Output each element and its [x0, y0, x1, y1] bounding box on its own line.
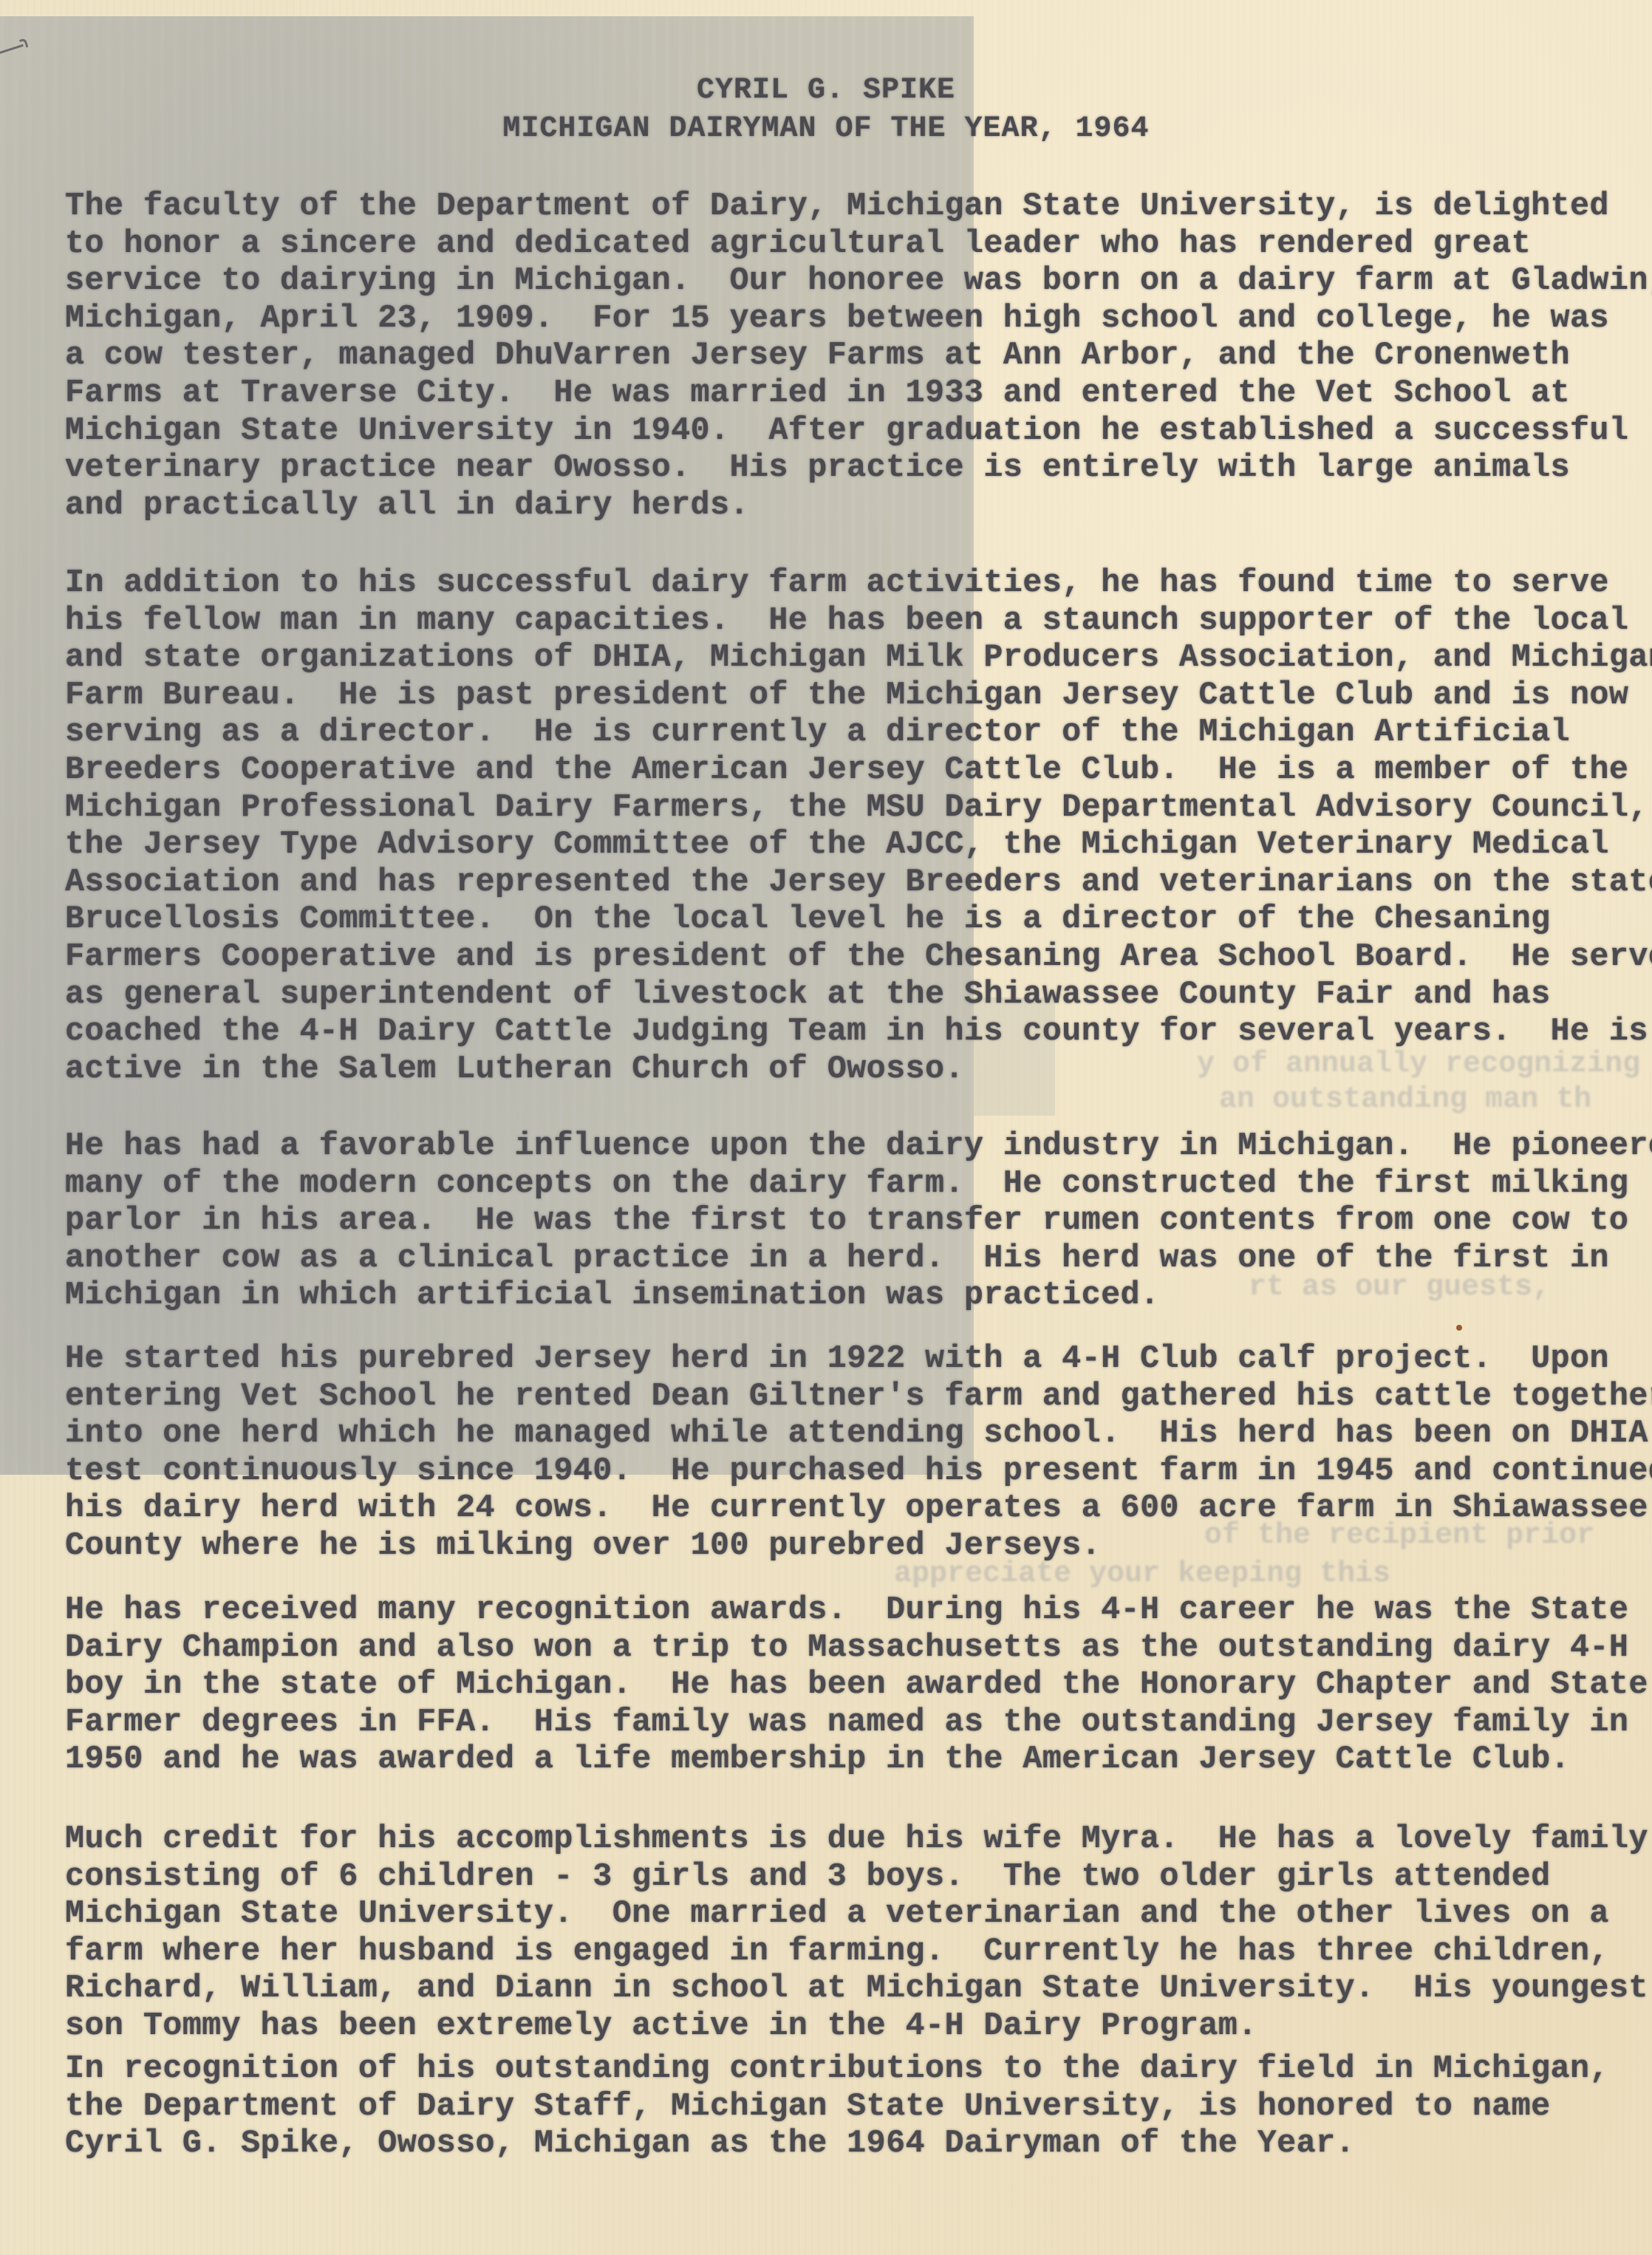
text-line: Dairy Champion and also won a trip to Ma… — [65, 1630, 1648, 1668]
text-line: his dairy herd with 24 cows. He currentl… — [65, 1490, 1652, 1528]
text-line: Farms at Traverse City. He was married i… — [65, 375, 1652, 413]
paragraph-biography: The faculty of the Department of Dairy, … — [65, 188, 1652, 525]
text-line: parlor in his area. He was the first to … — [65, 1203, 1652, 1241]
text-line: and practically all in dairy herds. — [65, 488, 1652, 525]
text-line: many of the modern concepts on the dairy… — [65, 1166, 1652, 1204]
text-line: veterinary practice near Owosso. His pra… — [65, 450, 1652, 488]
text-line: the Department of Dairy Staff, Michigan … — [65, 2089, 1609, 2126]
text-line: Brucellosis Committee. On the local leve… — [65, 901, 1652, 939]
text-line: In recognition of his outstanding contri… — [65, 2051, 1609, 2089]
text-line: a cow tester, managed DhuVarren Jersey F… — [65, 338, 1652, 375]
text-line: entering Vet School he rented Dean Giltn… — [65, 1379, 1652, 1416]
text-line: Breeders Cooperative and the American Je… — [65, 752, 1652, 790]
text-line: Michigan State University in 1940. After… — [65, 413, 1652, 451]
text-line: Cyril G. Spike, Owosso, Michigan as the … — [65, 2126, 1609, 2163]
text-line: boy in the state of Michigan. He has bee… — [65, 1667, 1648, 1705]
text-line: serving as a director. He is currently a… — [65, 714, 1652, 752]
text-line: active in the Salem Lutheran Church of O… — [65, 1051, 1652, 1089]
text-line: County where he is milking over 100 pure… — [65, 1528, 1652, 1566]
text-line: farm where her husband is engaged in far… — [65, 1934, 1648, 1971]
text-line: service to dairying in Michigan. Our hon… — [65, 263, 1652, 301]
text-line: Farm Bureau. He is past president of the… — [65, 678, 1652, 715]
text-line: Farmers Cooperative and is president of … — [65, 939, 1652, 977]
paragraph-influence: He has had a favorable influence upon th… — [65, 1128, 1652, 1315]
document-title: CYRIL G. SPIKE — [0, 74, 1652, 107]
paragraph-family: Much credit for his accomplishments is d… — [65, 1821, 1648, 2046]
text-line: as general superintendent of livestock a… — [65, 977, 1652, 1014]
text-line: test continuously since 1940. He purchas… — [65, 1453, 1652, 1491]
text-line: Michigan in which artificial inseminatio… — [65, 1277, 1652, 1315]
text-line: He has received many recognition awards.… — [65, 1592, 1648, 1630]
text-line: and state organizations of DHIA, Michiga… — [65, 640, 1652, 678]
text-line: Michigan, April 23, 1909. For 15 years b… — [65, 301, 1652, 338]
text-line: Farmer degrees in FFA. His family was na… — [65, 1705, 1648, 1742]
paragraph-service: In addition to his successful dairy farm… — [65, 565, 1652, 1088]
document-subtitle: MICHIGAN DAIRYMAN OF THE YEAR, 1964 — [0, 112, 1652, 146]
text-line: consisting of 6 children - 3 girls and 3… — [65, 1859, 1648, 1897]
text-line: Association and has represented the Jers… — [65, 864, 1652, 902]
text-line: another cow as a clinical practice in a … — [65, 1241, 1652, 1278]
text-line: his fellow man in many capacities. He ha… — [65, 603, 1652, 641]
paragraph-recognition: In recognition of his outstanding contri… — [65, 2051, 1609, 2163]
text-line: Much credit for his accomplishments is d… — [65, 1821, 1648, 1859]
paragraph-awards: He has received many recognition awards.… — [65, 1592, 1648, 1779]
text-line: 1950 and he was awarded a life membershi… — [65, 1741, 1648, 1779]
paragraph-herd: He started his purebred Jersey herd in 1… — [65, 1341, 1652, 1566]
text-line: He has had a favorable influence upon th… — [65, 1128, 1652, 1166]
text-line: son Tommy has been extremely active in t… — [65, 2008, 1648, 2046]
text-line: into one herd which he managed while att… — [65, 1416, 1652, 1453]
text-line: In addition to his successful dairy farm… — [65, 565, 1652, 603]
text-line: Richard, William, and Diann in school at… — [65, 1971, 1648, 2008]
paper-speck — [1456, 1325, 1462, 1331]
text-line: coached the 4-H Dairy Cattle Judging Tea… — [65, 1014, 1652, 1051]
text-line: the Jersey Type Advisory Committee of th… — [65, 827, 1652, 864]
text-line: to honor a sincere and dedicated agricul… — [65, 226, 1652, 264]
text-line: Michigan State University. One married a… — [65, 1896, 1648, 1934]
text-line: He started his purebred Jersey herd in 1… — [65, 1341, 1652, 1379]
text-line: The faculty of the Department of Dairy, … — [65, 188, 1652, 226]
text-line: Michigan Professional Dairy Farmers, the… — [65, 790, 1652, 828]
